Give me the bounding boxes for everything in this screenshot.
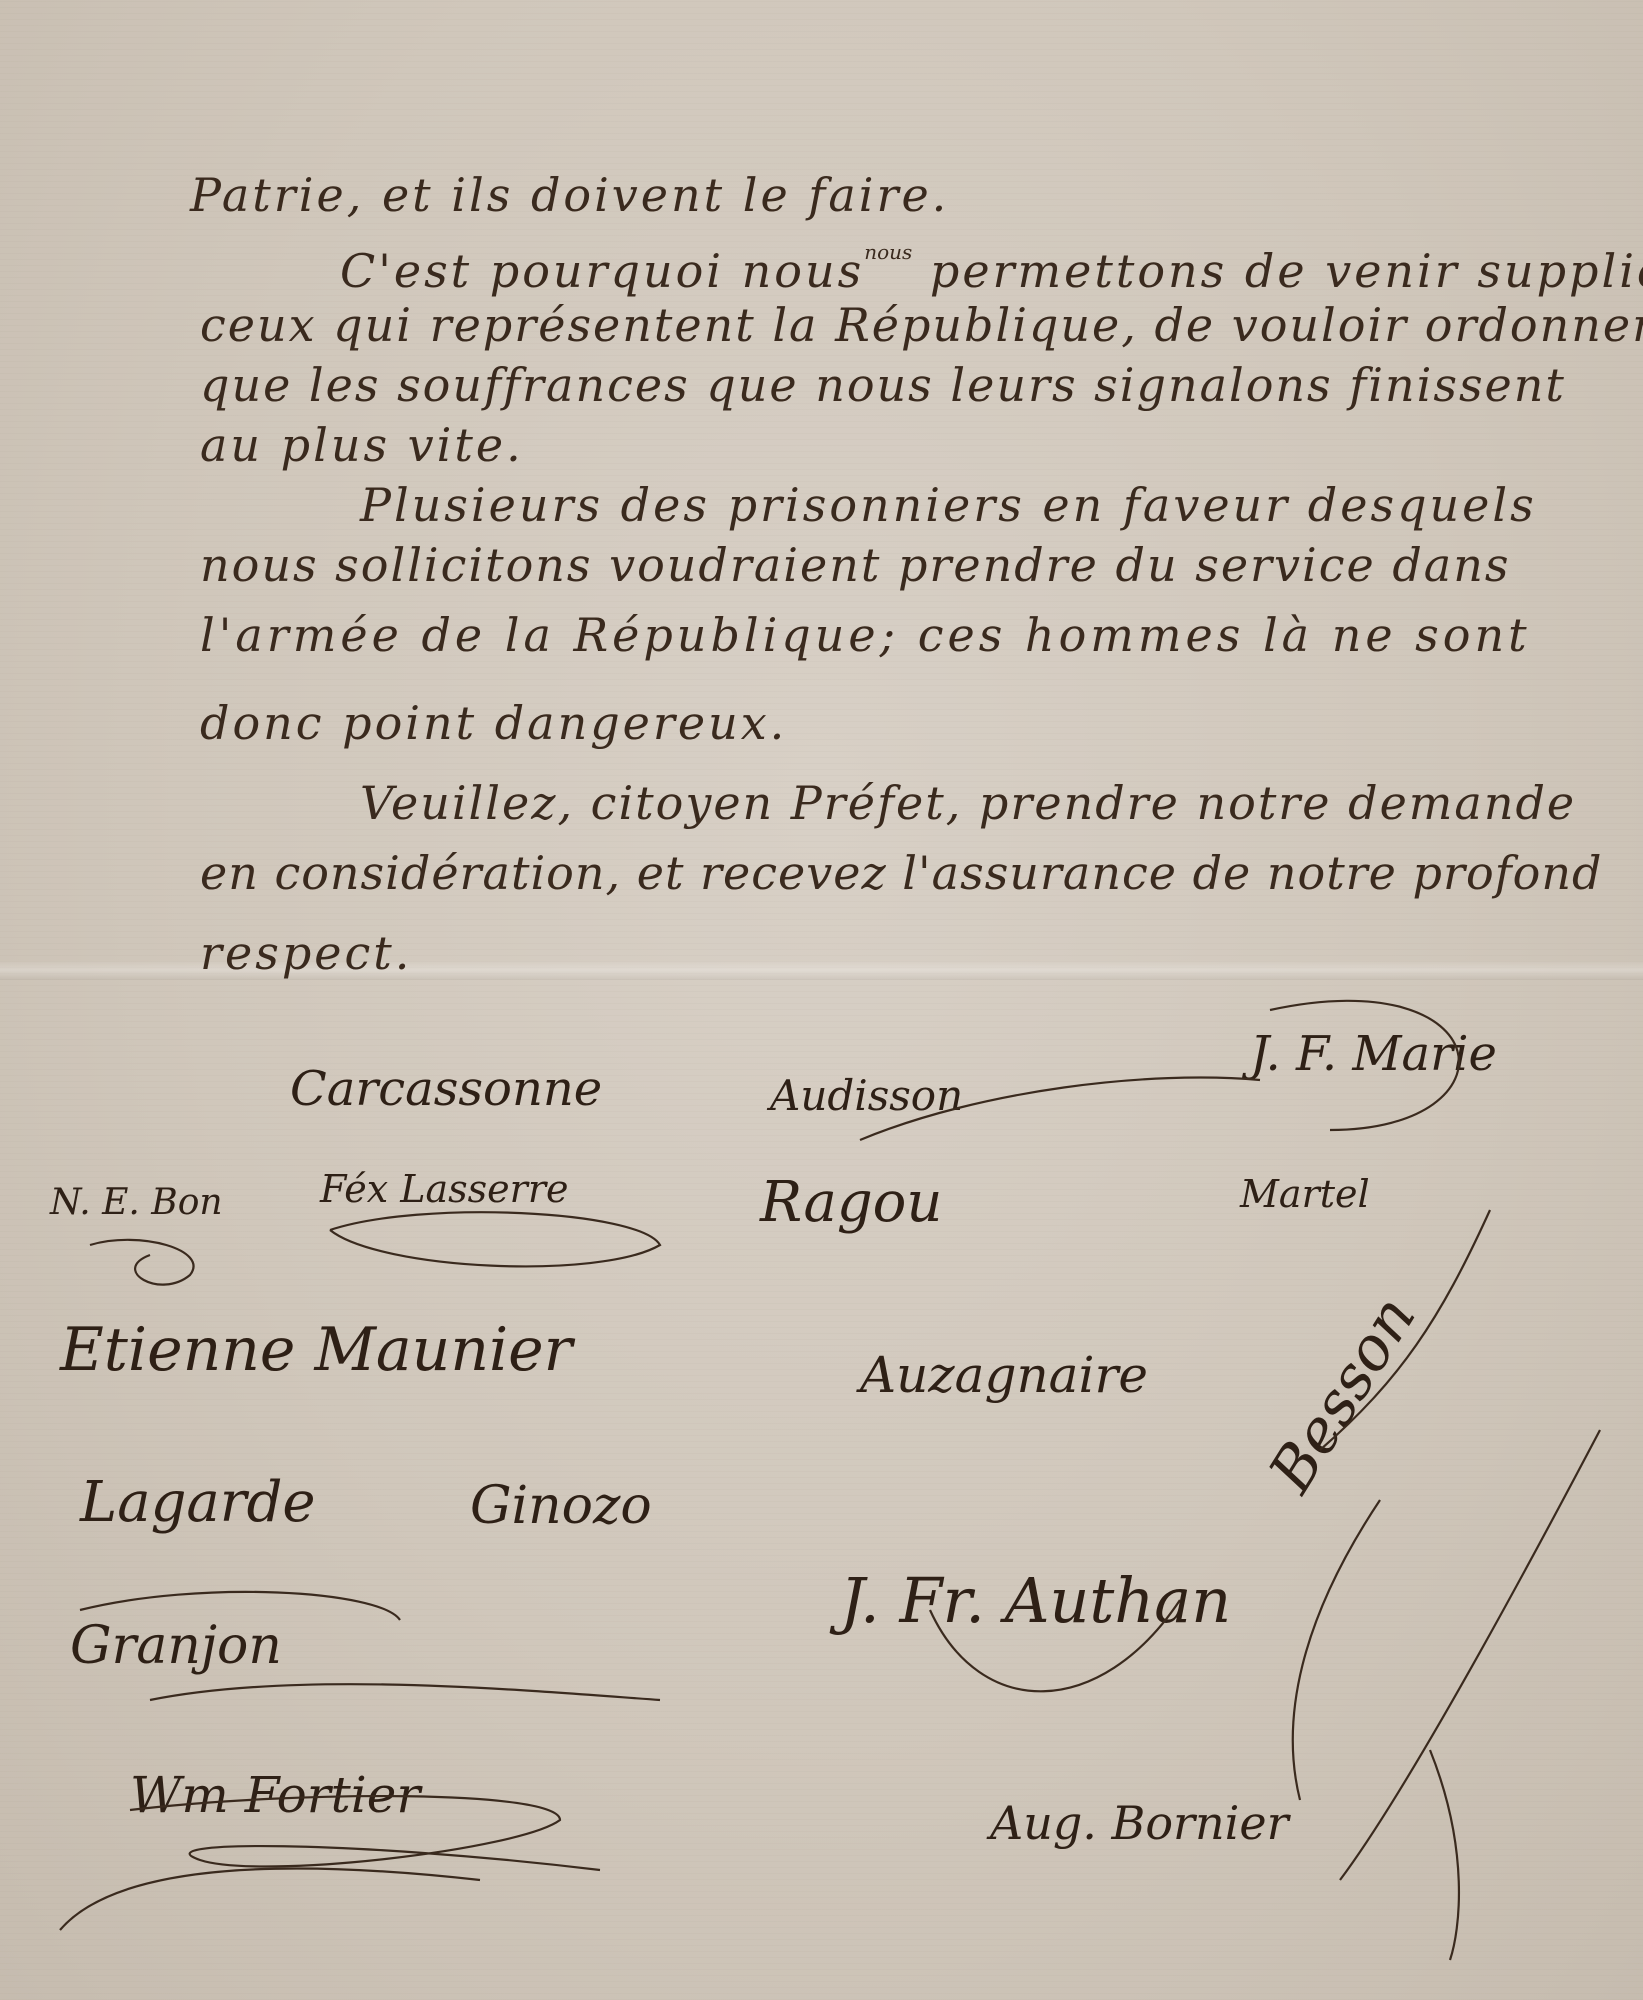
body-line-5: au plus vite. xyxy=(200,422,524,468)
body-line-12: respect. xyxy=(200,930,412,976)
letter-page: Patrie, et ils doivent le faire. C'est p… xyxy=(0,0,1643,2000)
signature-ginozo: Ginozo xyxy=(470,1480,652,1532)
body-line-2a: C'est pourquoi nousnous permettons de ve… xyxy=(340,242,1643,294)
signature-ragou: Ragou xyxy=(760,1175,942,1231)
body-line-8: l'armée de la République; ces hommes là … xyxy=(200,612,1531,658)
signature-ne-bon: N. E. Bon xyxy=(50,1185,223,1221)
signature-bornier: Aug. Bornier xyxy=(990,1800,1289,1846)
interlinear-insert: nous xyxy=(864,240,912,264)
signature-lasserre: Féx Lasserre xyxy=(320,1170,568,1208)
body-line-7: nous sollicitons voudraient prendre du s… xyxy=(200,542,1510,588)
signature-carcassonne: Carcassonne xyxy=(290,1065,602,1113)
body-line-1: Patrie, et ils doivent le faire. xyxy=(190,172,949,218)
signature-granjon: Besson xyxy=(1260,1287,1425,1502)
signature-martel: Martel xyxy=(1240,1175,1370,1213)
signature-lagarde: Lagarde xyxy=(80,1475,316,1531)
body-line-2-start: C'est pourquoi nous xyxy=(340,244,864,298)
signature-auzagnaire: Auzagnaire xyxy=(860,1350,1148,1400)
body-line-4: que les souffrances que nous leurs signa… xyxy=(200,362,1566,408)
signature-authan: Granjon xyxy=(70,1620,282,1672)
body-line-2-end: permettons de venir supplier xyxy=(930,244,1643,298)
body-line-3: ceux qui représentent la République, de … xyxy=(200,302,1643,348)
body-line-9: donc point dangereux. xyxy=(200,700,787,746)
signature-jf-marie: J. F. Marie xyxy=(1250,1030,1497,1078)
signature-fortier: Wm Fortier xyxy=(130,1770,420,1820)
body-line-6: Plusieurs des prisonniers en faveur desq… xyxy=(360,482,1537,528)
body-line-10: Veuillez, citoyen Préfet, prendre notre … xyxy=(360,780,1576,826)
signature-audisson: Audisson xyxy=(770,1075,963,1117)
signature-etienne-maunier: Etienne Maunier xyxy=(60,1320,572,1380)
signature-besson: J. Fr. Authan xyxy=(840,1570,1231,1632)
body-line-11: en considération, et recevez l'assurance… xyxy=(200,850,1602,896)
